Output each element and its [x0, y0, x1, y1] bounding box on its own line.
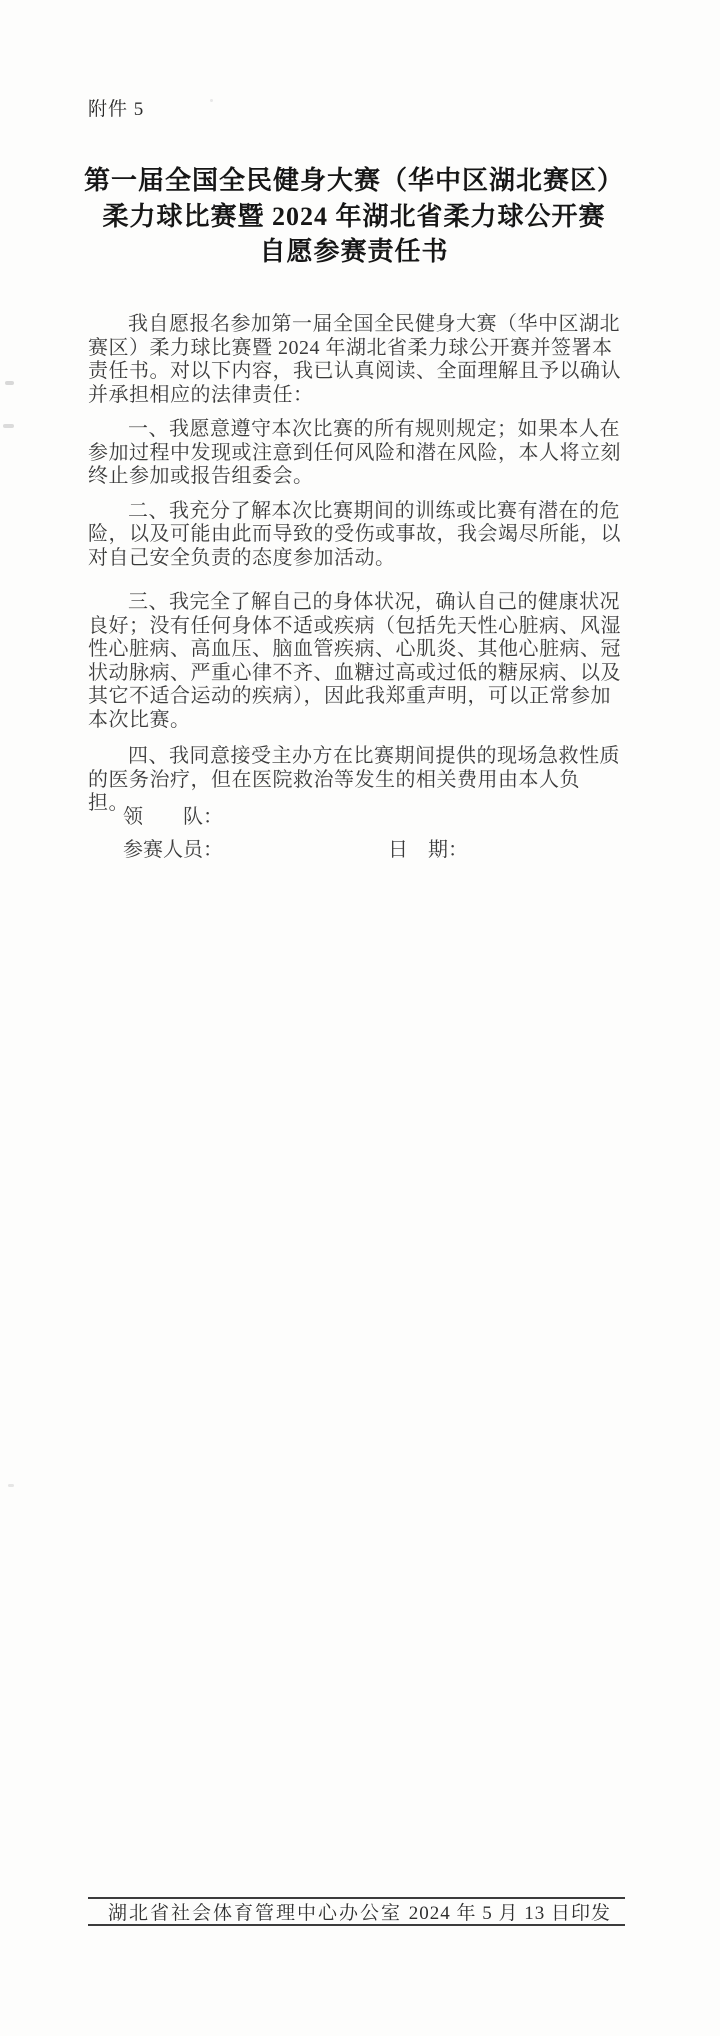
title-line-3: 自愿参赛责任书 — [64, 234, 644, 270]
body-line: 责任书。对以下内容，我已认真阅读、全面理解且予以确认 — [88, 360, 580, 384]
body-line: 并承担相应的法律责任： — [88, 384, 580, 408]
body-line: 性心脏病、高血压、脑血管疾病、心肌炎、其他心脏病、冠 — [88, 638, 580, 662]
body-line: 其它不适合运动的疾病），因此我郑重声明，可以正常参加 — [88, 685, 580, 709]
title-line-2: 柔力球比赛暨 2024 年湖北省柔力球公开赛 — [64, 199, 644, 235]
participant-label: 参赛人员： — [123, 839, 223, 861]
footer-rule: 湖北省社会体育管理中心办公室 2024 年 5 月 13 日印发 — [88, 1897, 625, 1926]
document-title: 第一届全国全民健身大赛（华中区湖北赛区） 柔力球比赛暨 2024 年湖北省柔力球… — [64, 163, 644, 270]
scan-artifact — [210, 99, 213, 102]
date-label: 日 期： — [388, 839, 468, 863]
footer-print-date: 2024 年 5 月 13 日印发 — [409, 1898, 611, 1925]
body-line: 一、我愿意遵守本次比赛的所有规则规定；如果本人在 — [88, 418, 580, 442]
signature-block: 领 队： 参赛人员： 日 期： — [88, 806, 580, 862]
body-line: 终止参加或报告组委会。 — [88, 465, 580, 489]
body-line: 良好；没有任何身体不适或疾病（包括先天性心脏病、风湿 — [88, 615, 580, 639]
body-line: 四、我同意接受主办方在比赛期间提供的现场急救性质 — [88, 745, 580, 769]
body-line: 三、我完全了解自己的身体状况，确认自己的健康状况 — [88, 591, 580, 615]
scan-artifact — [8, 1484, 14, 1487]
document-page: 附件 5 第一届全国全民健身大赛（华中区湖北赛区） 柔力球比赛暨 2024 年湖… — [0, 0, 720, 2036]
body-line: 对自己安全负责的态度参加活动。 — [88, 547, 580, 571]
leader-label: 领 队： — [123, 806, 223, 828]
paragraph: 三、我完全了解自己的身体状况，确认自己的健康状况良好；没有任何身体不适或疾病（包… — [88, 591, 580, 732]
body-line: 险，以及可能由此而导致的受伤或事故，我会竭尽所能，以 — [88, 523, 580, 547]
body-line: 赛区）柔力球比赛暨 2024 年湖北省柔力球公开赛并签署本 — [88, 337, 580, 361]
body-line: 参加过程中发现或注意到任何风险和潜在风险，本人将立刻 — [88, 442, 580, 466]
scan-artifact — [3, 424, 14, 428]
paragraph: 我自愿报名参加第一届全国全民健身大赛（华中区湖北赛区）柔力球比赛暨 2024 年… — [88, 313, 580, 407]
attachment-label: 附件 5 — [88, 94, 144, 121]
body-paragraphs: 我自愿报名参加第一届全国全民健身大赛（华中区湖北赛区）柔力球比赛暨 2024 年… — [88, 313, 580, 816]
paragraph: 二、我充分了解本次比赛期间的训练或比赛有潜在的危险，以及可能由此而导致的受伤或事… — [88, 500, 580, 571]
paragraph: 四、我同意接受主办方在比赛期间提供的现场急救性质的医务治疗，但在医院救治等发生的… — [88, 745, 580, 816]
body-line: 我自愿报名参加第一届全国全民健身大赛（华中区湖北 — [88, 313, 580, 337]
signature-row-leader: 领 队： — [88, 806, 580, 830]
footer-issuer: 湖北省社会体育管理中心办公室 — [108, 1898, 402, 1925]
paragraph: 一、我愿意遵守本次比赛的所有规则规定；如果本人在参加过程中发现或注意到任何风险和… — [88, 418, 580, 489]
title-line-1: 第一届全国全民健身大赛（华中区湖北赛区） — [64, 163, 644, 199]
scan-artifact — [5, 381, 14, 385]
body-line: 状动脉病、严重心律不齐、血糖过高或过低的糖尿病、以及 — [88, 662, 580, 686]
body-line: 二、我充分了解本次比赛期间的训练或比赛有潜在的危 — [88, 500, 580, 524]
body-line: 本次比赛。 — [88, 709, 580, 733]
signature-row-participant: 参赛人员： 日 期： — [88, 839, 580, 863]
